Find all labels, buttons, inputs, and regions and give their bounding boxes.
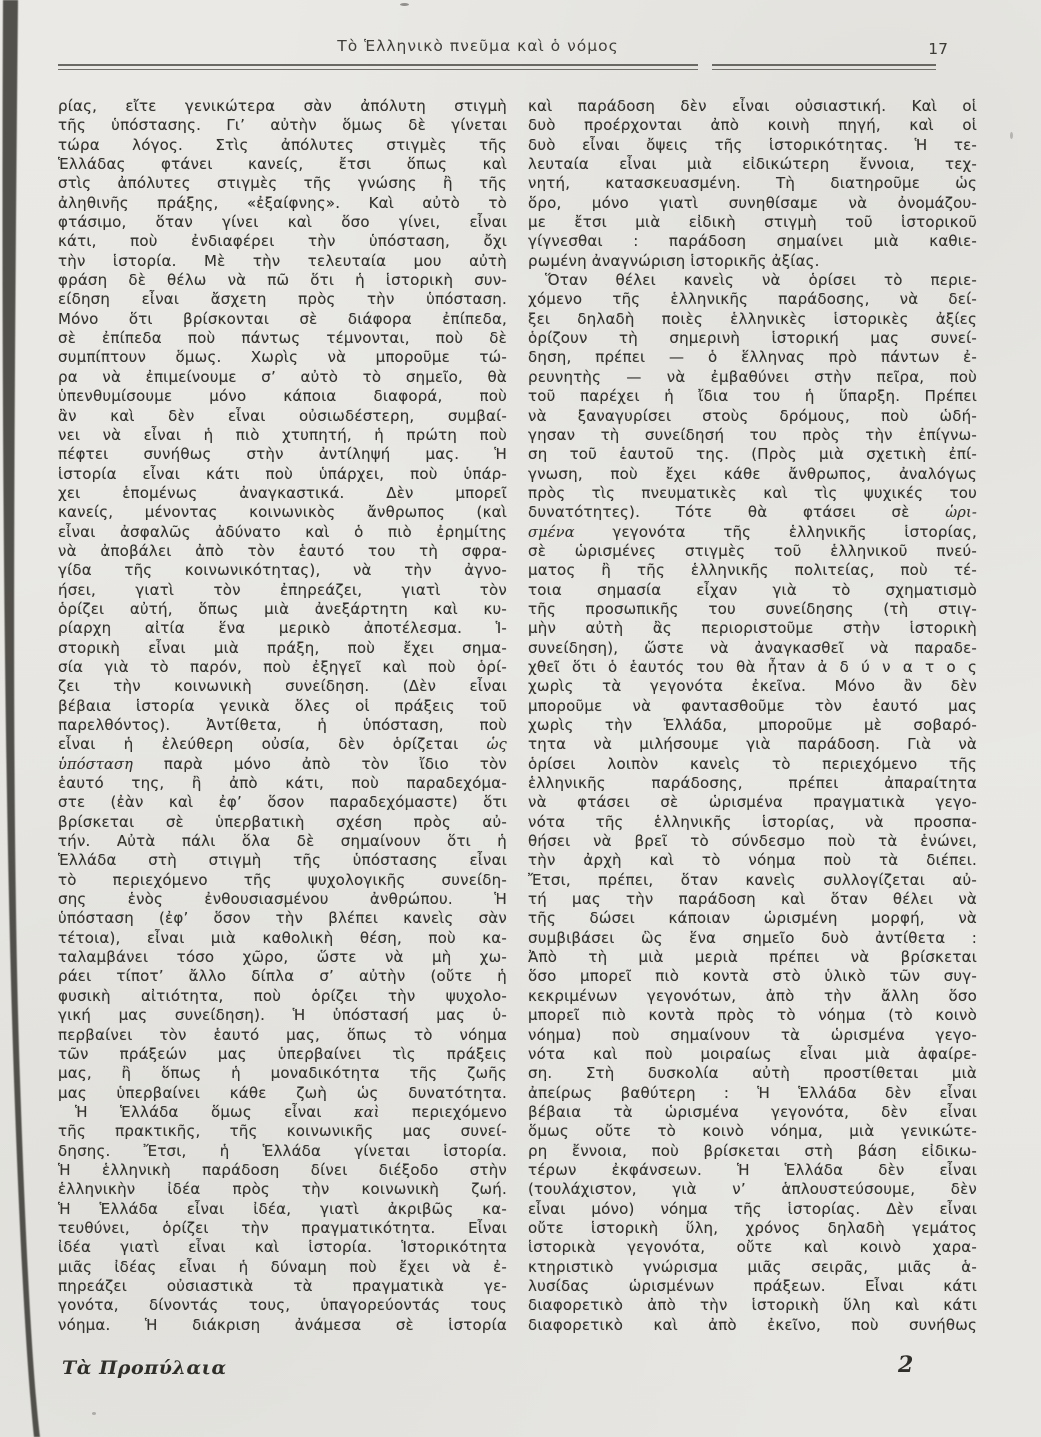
- text-line: λευταία εἶναι μιὰ εἰδικώτερη ἔννοια, τεχ…: [528, 155, 977, 174]
- text-line: δυὸ προέρχονται ἀπὸ κοινὴ πηγή, καὶ οἱ: [528, 116, 977, 135]
- text-line: ἂν καὶ δὲν εἶναι οὐσιωδέστερη, συμβαί-: [58, 407, 507, 426]
- footer-publication-title: Τὰ Προπύλαια: [62, 1357, 227, 1379]
- text-line: νόημα) ποὺ σημαίνουν τὰ ὡρισμένα γεγο-: [528, 1026, 977, 1045]
- text-line: ρωμένη ἀναγνώριση ἱστορικῆς ἀξίας.: [528, 252, 977, 271]
- text-line: εἶναι μόνο) νόημα τῆς ἱστορίας. Δὲν εἶνα…: [528, 1200, 977, 1219]
- text-line: ση. Στὴ δυσκολία αὐτὴ προστίθεται μιὰ: [528, 1064, 977, 1083]
- text-line: ὑπόσταση (ἐφ’ ὅσον τὴν βλέπει κανεὶς σὰν: [58, 909, 507, 928]
- text-line: τή μας τὴν παράδοση καὶ ὅταν θέλει νὰ: [528, 890, 977, 909]
- text-line: χθεῖ ὅτι ὁ ἑαυτός του θὰ ἦταν ἀ δ ύ ν α …: [528, 658, 977, 677]
- text-line: βέβαια ἱστορία γενικὰ ὅλες οἱ πράξεις το…: [58, 697, 507, 716]
- text-line: Ἡ Ἑλλάδα εἶναι ἰδέα, γιατὶ ἀκριβῶς κα-: [58, 1200, 507, 1219]
- text-line: βέβαια τὰ ὡρισμένα γεγονότα, δὲν εἶναι: [528, 1103, 977, 1122]
- text-line: Ἑλλάδα στὴ στιγμὴ τῆς ὑπόστασης εἶναι: [58, 851, 507, 870]
- text-line: πηρεάζει οὐσιαστικὰ τὰ πραγματικὰ γε-: [58, 1277, 507, 1296]
- text-column-left: ρίας, εἴτε γενικώτερα σὰν ἀπόλυτη στιγμὴ…: [58, 97, 507, 1335]
- text-line: γνωση, ποὺ ἔχει κάθε ἄνθρωπος, ἀναλόγως: [528, 465, 977, 484]
- text-line: νόημα. Ἡ διάκριση ἀνάμεσα σὲ ἱστορία: [58, 1316, 507, 1335]
- scanned-page: Τὸ Ἑλληνικὸ πνεῦμα καὶ ὁ νόμος 17 ρίας, …: [0, 0, 1041, 1437]
- text-line: τοια σημασία εἶχαν γιὰ τὸ σχηματισμὸ: [528, 581, 977, 600]
- text-line: γίγνεσθαι : παράδοση σημαίνει μιὰ καθιε-: [528, 232, 977, 251]
- text-line: κεκριμένων γεγονότων, ἀπὸ τὴν ἄλλη ὅσο: [528, 987, 977, 1006]
- text-line: είδηση εἶναι ἄσχετη πρὸς τὴν ὑπόσταση.: [58, 290, 507, 309]
- text-line: ζει τὴν κοινωνικὴ συνείδηση. (Δὲν εἶναι: [58, 677, 507, 696]
- text-line: ματος ἢ τῆς ἑλληνικῆς πολιτείας, ποὺ τέ-: [528, 561, 977, 580]
- text-line: τὴν ἱστορία. Μὲ τὴν τελευταία μου αὐτὴ: [58, 252, 507, 271]
- text-line: γική μας συνείδηση). Ἡ ὑπόστασή μας ὑ-: [58, 1006, 507, 1025]
- text-line: βρίσκεται σὲ ὑπερβατικὴ σχέση πρὸς αὐ-: [58, 813, 507, 832]
- header-rule-left-segment: [58, 64, 698, 70]
- text-line: ὅρο, μόνο γιατὶ συνηθίσαμε νὰ ὀνομάζου-: [528, 194, 977, 213]
- text-line: χόμενο τῆς ἑλληνικῆς παράδοσης, νὰ δεί-: [528, 290, 977, 309]
- text-line: Ἡ Ἑλλάδα ὅμως εἶναι καὶ περιεχόμενο: [58, 1103, 507, 1122]
- text-line: ρίας, εἴτε γενικώτερα σὰν ἀπόλυτη στιγμὴ: [58, 97, 507, 116]
- text-line: τῆς ὑπόστασης. Γι’ αὐτὴν ὅμως δὲ γίνεται: [58, 116, 507, 135]
- text-line: μιᾶς ἰδέας εἶναι ἡ δύναμη ποὺ ἔχει νὰ ἐ-: [58, 1258, 507, 1277]
- scan-speck: [92, 1412, 96, 1415]
- text-line: τέρων ἐκφάνσεων. Ἡ Ἑλλάδα δὲν εἶναι: [528, 1161, 977, 1180]
- page-number: 17: [910, 40, 948, 58]
- text-line: ση τοῦ ἑαυτοῦ της. (Πρὸς μιὰ σχετικὴ ἐπί…: [528, 445, 977, 464]
- scan-speck: [1010, 132, 1013, 139]
- text-line: λυσίδας ὡρισμένων πράξεων. Εἶναι κάτι: [528, 1277, 977, 1296]
- text-line: τέτοια), εἶναι μιὰ καθολικὴ θέση, ποὺ κα…: [58, 929, 507, 948]
- text-line: γησαν τὴ συνείδησή του πρὸς τὴν ἐπίγνω-: [528, 426, 977, 445]
- text-line: χωρὶς τὰ γεγονότα ἐκεῖνα. Μόνο ἂν δὲν: [528, 677, 977, 696]
- text-line: περβαίνει τὸν ἑαυτό μας, ὅπως τὸ νόημα: [58, 1026, 507, 1045]
- text-line: τὴν ἀρχὴ καὶ τὸ νόημα ποὺ τὰ διέπει.: [528, 851, 977, 870]
- text-line: ὁρίσει λοιπὸν κανεὶς τὸ περιεχόμενο τῆς: [528, 755, 977, 774]
- text-line: ὑπενθυμίσουμε μόνο κάποια διαφορά, ποὺ: [58, 387, 507, 406]
- text-line: τῆς δώσει κάποιαν ὡρισμένη μορφή, νὰ: [528, 909, 977, 928]
- text-line: ἱστορία εἶναι κάτι ποὺ ὑπάρχει, ποὺ ὑπάρ…: [58, 465, 507, 484]
- text-line: ρα νὰ ἐπιμείνουμε σ’ αὐτὸ τὸ σημεῖο, θὰ: [58, 368, 507, 387]
- text-line: σὲ ὡρισμένες στιγμὲς τοῦ ἑλληνικοῦ πνεύ-: [528, 542, 977, 561]
- text-line: ρίαρχη αἰτία ἕνα μερικὸ ἀποτέλεσμα. Ἱ-: [58, 619, 507, 638]
- text-line: εἶναι ἡ ἐλεύθερη οὐσία, δὲν ὁρίζεται ὡς: [58, 735, 507, 754]
- text-line: τῶν πράξεών μας ὑπερβαίνει τὶς πράξεις: [58, 1045, 507, 1064]
- text-line: τώρα λόγος. Στὶς ἀπόλυτες στιγμὲς τῆς: [58, 136, 507, 155]
- text-line: νὰ ξαναγυρίσει στοὺς δρόμους, ποὺ ὡδή-: [528, 407, 977, 426]
- text-line: ὑπόσταση παρὰ μόνο ἀπὸ τὸν ἴδιο τὸν: [58, 755, 507, 774]
- scan-speck: [400, 3, 409, 6]
- text-line: μας ὑπερβαίνει κάθε ζωὴ ὡς δυνατότητα.: [58, 1084, 507, 1103]
- text-line: δηση, πρέπει — ὁ ἕλληνας πρὸ πάντων ἐ-: [528, 348, 977, 367]
- text-line: σμένα γεγονότα τῆς ἑλληνικῆς ἱστορίας,: [528, 523, 977, 542]
- text-line: νει νὰ εἶναι ἡ πιὸ χτυπητή, ἡ πρώτη ποὺ: [58, 426, 507, 445]
- text-line: φράση δὲ θέλω νὰ πῶ ὅτι ἡ ἱστορικὴ συν-: [58, 271, 507, 290]
- text-line: διαφορετικὸ ἀπὸ τὴν ἱστορικὴ ὕλη καὶ κάτ…: [528, 1296, 977, 1315]
- text-line: φτάσιμο, ὅταν γίνει καὶ ὅσο γίνει, εἶναι: [58, 213, 507, 232]
- text-line: γίδα τῆς κοινωνικότητας), νὰ τὴν ἀγνο-: [58, 561, 507, 580]
- text-line: τῆς προσωπικῆς του συνείδησης (τὴ στιγ-: [528, 600, 977, 619]
- text-line: Ἀπὸ τὴ μιὰ μεριὰ πρέπει νὰ βρίσκεται: [528, 948, 977, 967]
- text-line: στορικὴ εἶναι μιὰ πράξη, ποὺ ἔχει σημα-: [58, 639, 507, 658]
- text-line: καὶ παράδοση δὲν εἶναι οὐσιαστική. Καὶ ο…: [528, 97, 977, 116]
- text-line: τὸ περιεχόμενο τῆς ψυχολογικῆς συνείδη-: [58, 871, 507, 890]
- text-line: γονότα, δίνοντάς τους, ὑπαγορεύοντάς του…: [58, 1296, 507, 1315]
- text-line: ρη ἔννοια, ποὺ βρίσκεται στὴ βάση εἰδικω…: [528, 1142, 977, 1161]
- text-line: νὰ φτάσει σὲ ὡρισμένα πραγματικὰ γεγο-: [528, 793, 977, 812]
- text-line: νότα τῆς ἑλληνικῆς ἱστορίας, νὰ προσπα-: [528, 813, 977, 832]
- text-line: Ἡ ἑλληνικὴ παράδοση δίνει διέξοδο στὴν: [58, 1161, 507, 1180]
- text-line: παρελθόντος). Ἀντίθετα, ἡ ὑπόσταση, ποὺ: [58, 716, 507, 735]
- text-line: ὁρίζουν τὴ σημερινὴ ἱστορική μας συνεί-: [528, 329, 977, 348]
- text-line: δησης. Ἔτσι, ἡ Ἑλλάδα γίνεται ἱστορία.: [58, 1142, 507, 1161]
- text-line: τοῦ παρέχει ἡ ἴδια του ἡ ὕπαρξη. Πρέπει: [528, 387, 977, 406]
- header-rule-right-segment: [712, 64, 936, 70]
- text-line: νητή, κατασκευασμένη. Τὴ διατηροῦμε ὡς: [528, 174, 977, 193]
- text-line: νὰ ἀποβάλει ἀπὸ τὸν ἑαυτό του τὴ σφρα-: [58, 542, 507, 561]
- text-line: τήν. Αὐτὰ πάλι ὅλα δὲ σημαίνουν ὅτι ἡ: [58, 832, 507, 851]
- text-line: θήσει νὰ βρεῖ τὸ σύνδεσμο ποὺ τὰ ἑνώνει,: [528, 832, 977, 851]
- text-line: συμπίπτουν ὅμως. Χωρὶς νὰ μποροῦμε τώ-: [58, 348, 507, 367]
- text-line: Ὅταν θέλει κανεὶς νὰ ὁρίσει τὸ περιε-: [528, 271, 977, 290]
- text-line: (τουλάχιστον, γιὰ ν’ ἁπλουστεύσουμε, δὲν: [528, 1180, 977, 1199]
- text-line: ὅμως οὔτε τὸ κοινὸ νόημα, μιὰ γενικώτε-: [528, 1122, 977, 1141]
- text-line: δυνατότητες). Τότε θὰ φτάσει σὲ ὡρι-: [528, 503, 977, 522]
- text-line: Μόνο ὅτι βρίσκονται σὲ διάφορα ἐπίπεδα,: [58, 310, 507, 329]
- text-line: χει ἑπομένως ἀναγκαστικά. Δὲν μπορεῖ: [58, 484, 507, 503]
- text-line: πέφτει συνήθως στὴν ἀντίληψή μας. Ἡ: [58, 445, 507, 464]
- text-line: ἑλληνικῆς παράδοσης, πρέπει ἀπαραίτητα: [528, 774, 977, 793]
- text-line: φυσικὴ αἰτιότητα, ποὺ ὁρίζει τὴν ψυχολο-: [58, 987, 507, 1006]
- text-line: με ἔτσι μιὰ εἰδικὴ στιγμὴ τοῦ ἱστορικοῦ: [528, 213, 977, 232]
- text-line: ἱστορικὰ γεγονότα, οὔτε καὶ κοινὸ χαρα-: [528, 1238, 977, 1257]
- text-line: ἰδέα γιατὶ εἶναι καὶ ἱστορία. Ἱστορικότη…: [58, 1238, 507, 1257]
- text-line: ταλαμβάνει τόσο χῶρο, ὥστε νὰ μὴ χω-: [58, 948, 507, 967]
- text-line: ὅσο μπορεῖ πιὸ κοντὰ στὸ ὑλικὸ τῶν συγ-: [528, 967, 977, 986]
- text-line: σὲ ἐπίπεδα ποὺ πάντως τέμνονται, ποὺ δὲ: [58, 329, 507, 348]
- text-line: δυὸ εἶναι ὄψεις τῆς ἱστορικότητας. Ἡ τε-: [528, 136, 977, 155]
- text-column-right: καὶ παράδοση δὲν εἶναι οὐσιαστική. Καὶ ο…: [528, 97, 977, 1335]
- text-line: μὴν αὐτὴ ἂς περιοριστοῦμε στὴν ἱστορικὴ: [528, 619, 977, 638]
- text-line: μπορεῖ πιὸ κοντὰ πρὸς τὸ νόημα (τὸ κοινὸ: [528, 1006, 977, 1025]
- text-line: μποροῦμε νὰ φαντασθοῦμε τὸν ἑαυτό μας: [528, 697, 977, 716]
- text-line: ρευνητὴς — νὰ ἐμβαθύνει στὴν πεῖρα, ποὺ: [528, 368, 977, 387]
- text-line: Ἔτσι, πρέπει, ὅταν κανεὶς συλλογίζεται α…: [528, 871, 977, 890]
- text-line: ἑαυτό της, ἢ ἀπὸ κάτι, ποὺ παραδεχόμα-: [58, 774, 507, 793]
- text-line: κανείς, μένοντας κοινωνικὸς ἄνθρωπος (κα…: [58, 503, 507, 522]
- text-line: τῆς πρακτικῆς, τῆς κοινωνικῆς μας συνεί-: [58, 1122, 507, 1141]
- text-line: ὁρίζει αὐτή, ὅπως μιὰ ἀνεξάρτητη καὶ κυ-: [58, 600, 507, 619]
- text-line: κτηριστικὸ γνώρισμα μιᾶς σειρᾶς, μιᾶς ἁ-: [528, 1258, 977, 1277]
- text-line: κάτι, ποὺ ἐνδιαφέρει τὴν ὑπόσταση, ὄχι: [58, 232, 507, 251]
- footer-issue-number: 2: [898, 1352, 922, 1378]
- text-line: ράει τίποτ’ ἄλλο δίπλα σ’ αὐτὴν (οὔτε ἡ: [58, 967, 507, 986]
- text-line: τευθύνει, ὁρίζει τὴν πραγματικότητα. Εἶν…: [58, 1219, 507, 1238]
- text-line: ἀπείρως βαθύτερη : Ἡ Ἑλλάδα δὲν εἶναι: [528, 1084, 977, 1103]
- text-line: πρὸς τὶς πνευματικὲς καὶ τὶς ψυχικές του: [528, 484, 977, 503]
- text-line: στὶς ἀπόλυτες στιγμὲς τῆς γνώσης ἢ τῆς: [58, 174, 507, 193]
- text-line: σία γιὰ τὸ παρόν, ποὺ ἐξηγεῖ καὶ ποὺ ὁρί…: [58, 658, 507, 677]
- text-line: συνείδηση), ὥστε νὰ ἀναγκασθεῖ νὰ παραδε…: [528, 639, 977, 658]
- page-spine-shadow: [0, 0, 60, 1437]
- text-line: νότα καὶ ποὺ μοιραίως εἶναι μιὰ ἀφαίρε-: [528, 1045, 977, 1064]
- text-line: διαφορετικὸ καὶ ἀπὸ ἐκεῖνο, ποὺ συνήθως: [528, 1316, 977, 1335]
- text-line: ξει δηλαδὴ ποιὲς ἑλληνικὲς ἱστορικὲς ἀξί…: [528, 310, 977, 329]
- text-line: σης ἑνὸς ἐνθουσιασμένου ἀνθρώπου. Ἡ: [58, 890, 507, 909]
- running-header-title: Τὸ Ἑλληνικὸ πνεῦμα καὶ ὁ νόμος: [58, 37, 898, 55]
- text-line: μας, ἢ ὅπως ἡ μοναδικότητα τῆς ζωῆς: [58, 1064, 507, 1083]
- text-line: εἶναι ἀσφαλῶς ἀδύνατο καὶ ὁ πιὸ ἐρημίτης: [58, 523, 507, 542]
- text-line: ἑλληνικὴν ἰδέα πρὸς τὴν κοινωνικὴ ζωή.: [58, 1180, 507, 1199]
- text-line: ἀληθινῆς πράξης, «ἐξαίφνης». Καὶ αὐτὸ τὸ: [58, 194, 507, 213]
- text-line: χωρὶς τὴν Ἑλλάδα, μποροῦμε μὲ σοβαρό-: [528, 716, 977, 735]
- text-line: στε (ἐὰν καὶ ἐφ’ ὅσον παραδεχόμαστε) ὅτι: [58, 793, 507, 812]
- text-line: Ἑλλάδας φτάνει κανείς, ἔτσι ὅπως καὶ: [58, 155, 507, 174]
- text-line: ήσει, γιατὶ τὸν ἐπηρεάζει, γιατὶ τὸν: [58, 581, 507, 600]
- text-line: συμβιβάσει ὣς ἕνα σημεῖο δυὸ ἀντίθετα :: [528, 929, 977, 948]
- text-line: οὔτε ἱστορικὴ ὕλη, χρόνος δηλαδὴ γεμάτος: [528, 1219, 977, 1238]
- text-line: τητα νὰ μιλήσουμε γιὰ παράδοση. Γιὰ νὰ: [528, 735, 977, 754]
